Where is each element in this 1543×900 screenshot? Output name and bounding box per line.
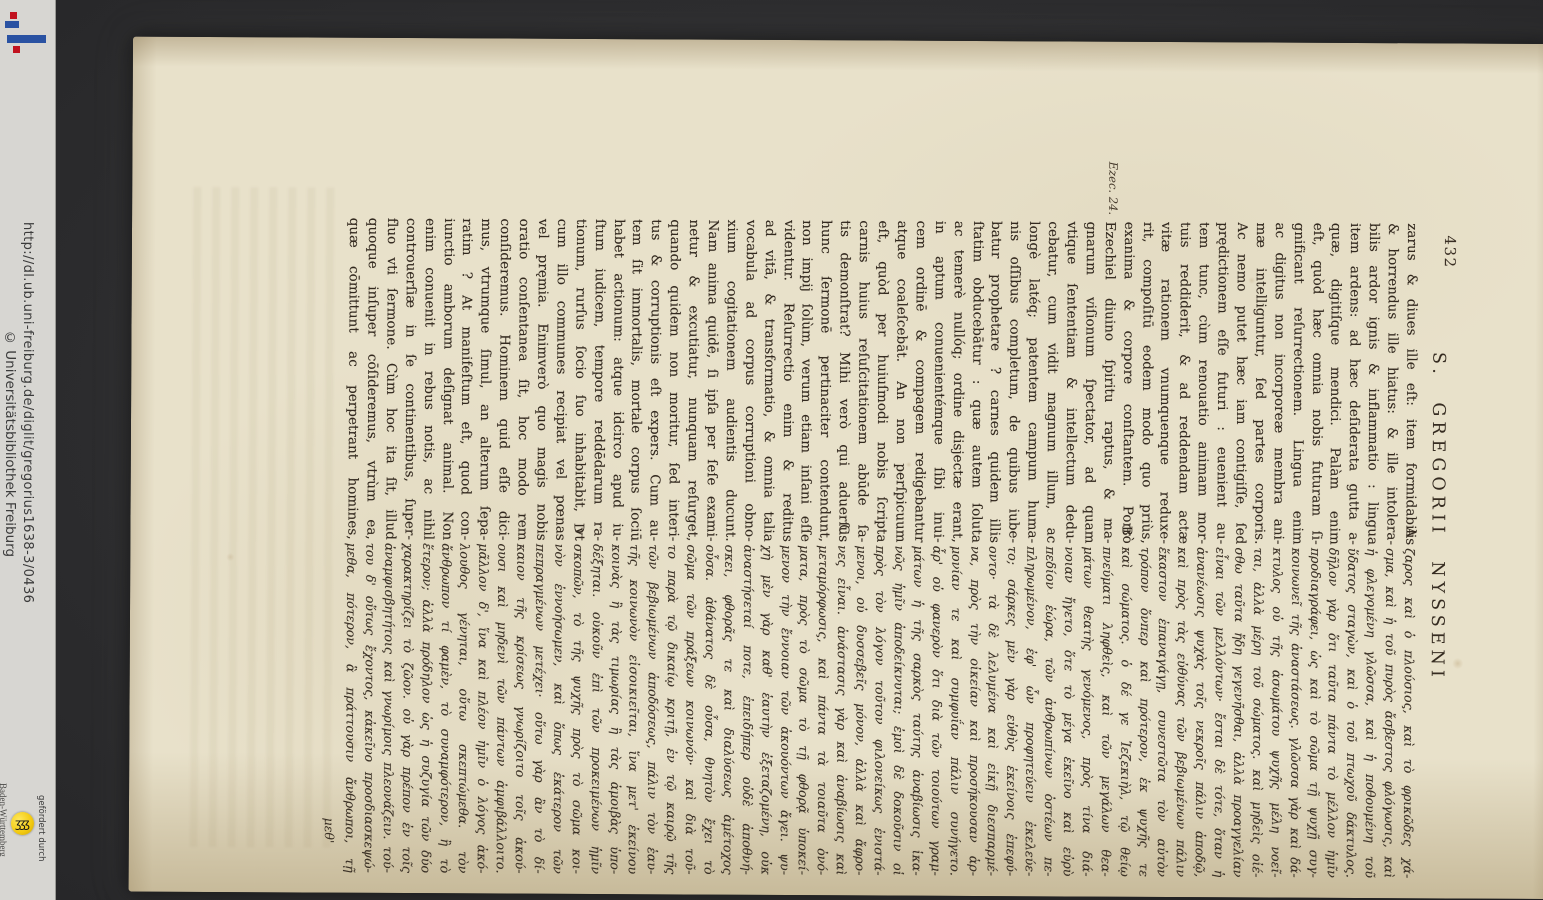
ink-show-through bbox=[181, 187, 334, 848]
greek-line-4: ὕδατος σταγὼν, καὶ ὁ τοῦ πτωχοῦ δάκτυλος… bbox=[1341, 548, 1362, 878]
latin-line-50: mus, vtrumque ſimul, an alterum ſepa- bbox=[474, 218, 495, 540]
latin-line-49: conſideremus. Hominem quid eſſe dici- bbox=[493, 218, 514, 540]
greek-line-22: το; σάρκες μὲν γὰρ εὐθὺς ἐκείνοις ἐπεφύ- bbox=[1001, 546, 1022, 876]
greek-line-26: ἆρ' οὐ φανερὸν ὅτι διὰ τῶν τοιούτων γραμ… bbox=[925, 546, 946, 876]
greek-line-36: ἀναστήσεταί ποτε, ἐπειδήπερ οὐδὲ ἀποθνή- bbox=[737, 545, 758, 875]
greek-line-45: σκοπῶν, τὸ τῆς ψυχῆς πρὸς τὸ σῶμα κοι- bbox=[567, 544, 588, 874]
latin-line-34: videntur. Reſurrectio enim & reditus bbox=[776, 220, 797, 542]
latin-line-8: ac digitus non incorporeæ membra ani- bbox=[1267, 223, 1288, 545]
section-letter-4: D bbox=[570, 523, 586, 534]
greek-line-49: ουσι καὶ μηδενὶ τῶν πάντων ἀμφιβάλλοιτο. bbox=[491, 543, 512, 873]
greek-line-18: μάτων θεατὴς γενόμενος, πρὸς τίνα διά- bbox=[1077, 547, 1098, 877]
latin-line-48: oratio conſentanea ſit, hoc modo rem bbox=[512, 219, 533, 541]
greek-line-53: ἕτερον; ἀλλὰ πρόδηλον ὡς ἡ συζυγία τῶν δ… bbox=[415, 543, 436, 873]
greek-line-16: καὶ σώματος. ὁ δέ γε Ἰεζεκιὴλ, τῷ θείῳ bbox=[1114, 547, 1135, 877]
latin-line-28: atque coaleſcebāt. An non perſpicuum bbox=[889, 221, 910, 543]
latin-line-4: item ardens: ad hæc deſiderata gutta a- bbox=[1343, 223, 1364, 545]
latin-line-17: Ezechiel diuino ſpiritu raptus, & ma- bbox=[1097, 222, 1118, 544]
latin-line-45: tionum, rurſus ſocio ſuo inhabitabit, vt bbox=[568, 219, 589, 541]
greek-line-21: πληρωμένον, ἐφ' ὧν προφητεύειν ἐκελεύε- bbox=[1020, 546, 1041, 876]
latin-line-27: cem ordinē & compagem redigebantur bbox=[908, 221, 929, 543]
greek-line-3: ἡ φλεγομένη γλῶσσα, καὶ ἡ ποθουμένη τοῦ bbox=[1360, 548, 1381, 878]
funding-label: gefördert durch bbox=[36, 795, 46, 861]
latin-line-22: nis oſſibus completum, de quibus iube- bbox=[1003, 221, 1024, 543]
latin-line-5: quæ, digitiſque mendici. Palàm enim bbox=[1324, 223, 1345, 545]
logo-blue-bar-long bbox=[7, 35, 46, 43]
source-url-text: http://dl.ub.uni-freiburg.de/diglit/greg… bbox=[20, 222, 35, 603]
greek-line-43: κοινὰς ἢ τὰς τιμωρίας ἢ τὰς ἀμοιβὰς ὑπο- bbox=[604, 544, 625, 874]
greek-line-48: καιον τῆς κρίσεως γνωρίζοιτο τοῖς ἀκού- bbox=[510, 544, 531, 874]
greek-line-57: μεθα, πότερον, ἃ πράττουσιν ἄνθρωποι, τῇ bbox=[340, 543, 361, 873]
latin-line-13: tuis reddiderit, & ad reddendam actæ bbox=[1173, 222, 1194, 544]
greek-line-30: μενοι, οὐ δυσσεβεῖς μόνον, ἀλλὰ καὶ ἄφρο… bbox=[850, 545, 871, 875]
latin-line-23: batur prophetare ? carnes quidem illis bbox=[984, 221, 1005, 543]
greek-line-20: πεδίον ἑώρα, τῶν ἀνθρωπίνων ὀστέων πε- bbox=[1039, 546, 1060, 876]
baden-wuerttemberg-badge: ʒʒʒ bbox=[11, 812, 34, 835]
greek-line-39: σῶμα τῶν πράξεων κοινωνόν· καὶ διὰ τοῦ- bbox=[680, 544, 701, 874]
latin-column: zarus & diues ille eſt: item formidabili… bbox=[342, 218, 1420, 546]
latin-line-42: tem ſit immortalis, mortale corpus ſociū bbox=[625, 219, 646, 541]
greek-line-24: να, πρὸς τὴν οἰκείαν καὶ προσήκουσαν ἁρ- bbox=[963, 546, 984, 876]
latin-line-14: vitæ rationem vnumquenque reduxe- bbox=[1154, 222, 1175, 544]
greek-line-51: λουθος γένηται, οὕτω σκεπτώμεθα. τὸν bbox=[453, 543, 474, 873]
page-fore-edge bbox=[129, 864, 1543, 899]
greek-line-50: μᾶλλον δ', ἵνα καὶ πλέον ἡμῖν ὁ λόγος ἀκ… bbox=[472, 543, 493, 873]
greek-line-40: το παρὰ τῷ δικαίῳ κριτῇ, ἐν τῷ καιρῷ τῆς bbox=[661, 544, 682, 874]
funding-region-label: Baden-Württemberg bbox=[0, 783, 8, 857]
greek-line-6: προδιαγράφει, ὡς καὶ τὸ σῶμα τῇ ψυχῇ συγ… bbox=[1303, 548, 1324, 878]
latin-line-7: gnificant reſurrectionem. Lingua enim bbox=[1286, 223, 1307, 545]
latin-line-54: controuerſiæ in ſe continentibus, ſuper- bbox=[398, 218, 419, 540]
greek-line-47: πεπραγμένων μετέχει· οὕτω γὰρ ἂν τὸ δί- bbox=[529, 544, 550, 874]
latin-line-56: quoque inſuper cōſideremus, vtrùm ea, bbox=[361, 218, 382, 540]
logo-red-square-bottom bbox=[13, 46, 20, 53]
margin-note-ezech: Ezec. 24. bbox=[1106, 162, 1120, 215]
latin-line-31: tis demonſtrat? Mihi verò qui aduerſus bbox=[833, 220, 854, 542]
latin-line-2: & horrendus ille hiatus: & ille intolera… bbox=[1381, 223, 1402, 545]
section-letter-3: C bbox=[835, 524, 851, 534]
latin-line-11: prędictionem eſſe futuri : euenient au- bbox=[1211, 222, 1232, 544]
greek-line-32: μεταμόρφωσις, καὶ πάντα τὰ τοιαῦτα ὀνό- bbox=[812, 545, 833, 875]
latin-line-19: vtique ſententiam & intellectum dedu- bbox=[1059, 221, 1080, 543]
greek-line-23: οντο· τὰ δὲ λελυμένα καὶ εἰκῇ διεσπαρμέ- bbox=[982, 546, 1003, 876]
latin-line-33: non impij ſolùm, verum etiam inſani eſſe bbox=[795, 220, 816, 542]
latin-line-20: cebatur, cum vidit magnum illum, ac bbox=[1041, 221, 1062, 543]
copyright-text: © Universitätsbibliothek Freiburg bbox=[2, 330, 18, 557]
latin-line-37: xium cogitationem audientis ducunt. bbox=[719, 220, 740, 542]
latin-line-9: mæ intelliguntur, ſed partes corporis. bbox=[1248, 222, 1269, 544]
latin-line-25: ac temerè nullóq; ordine disjectæ erant, bbox=[946, 221, 967, 543]
greek-line-37: σκει, φθορᾶς τε καὶ διαλύσεως ἀμέτοχος bbox=[718, 545, 739, 875]
latin-line-44: ſtum iudicem, tempore reddēdarum ra- bbox=[587, 219, 608, 541]
greek-line-42: τῆς κοινωνὸν εἰσοικιεῖται, ἵνα μετ' ἐκεί… bbox=[623, 544, 644, 874]
latin-line-35: ad vitā, & transformatio, & omnia talia bbox=[757, 220, 778, 542]
ub-freiburg-logo-icon bbox=[0, 0, 55, 60]
greek-line-52: ἄνθρωπον τί φαμὲν, τὸ συναμφότερον, ἢ τὸ bbox=[434, 543, 455, 873]
greek-line-1: ζαρος καὶ ὁ πλούσιος, καὶ τὸ φρικῶδες χά… bbox=[1398, 548, 1419, 878]
three-lions-icon: ʒʒʒ bbox=[15, 817, 30, 830]
greek-line-5: δῆλον γὰρ ὅτι ταῦτα πάντα τὸ μέλλον ἡμῖν bbox=[1322, 548, 1343, 878]
greek-line-9: ται, ἀλλὰ μέρη τοῦ σώματος. καὶ μηδεὶς ο… bbox=[1247, 547, 1268, 877]
latin-line-39: netur & excutiatur, nunquam reſurget, bbox=[682, 219, 703, 541]
greek-line-8: κτυλος οὐ τῆς ἀσωμάτου ψυχῆς μέλη νοεῖ- bbox=[1266, 548, 1287, 878]
greek-line-41: τῶν βεβιωμένων ἀποδόσεως, πάλιν τὸν ἑαυ- bbox=[642, 544, 663, 874]
latin-line-26: in aptum conuenientémque ſibi inui- bbox=[927, 221, 948, 543]
latin-line-32: hunc ſermonē pertinaciter contendunt, bbox=[814, 220, 835, 542]
latin-line-18: gnarum viſionum ſpectator, ad quam bbox=[1078, 222, 1099, 544]
latin-line-29: eſt, quòd per huiuſmodi nobis ſcripta bbox=[871, 220, 892, 542]
logo-blue-bar-short bbox=[5, 21, 19, 28]
greek-column: ζαρος καὶ ὁ πλούσιος, καὶ τὸ φρικῶδες χά… bbox=[340, 543, 1418, 879]
latin-line-30: carnis huius reſuſcitationem abūde ſa- bbox=[852, 220, 873, 542]
latin-line-51: ratim ? At manifeſtum eſt, quod con- bbox=[455, 218, 476, 540]
greek-line-29: πρὸς τὸν λόγον τοῦτον φιλονείκως ἐνιστά- bbox=[869, 545, 890, 875]
greek-line-35: χὴ μὲν γὰρ καθ' ἑαυτὴν ἐξεταζομένη, οὐκ bbox=[755, 545, 776, 875]
greek-line-34: μενον τὴν ἔννοιαν τῶν ἀκουόντων ἄγει. ψυ… bbox=[774, 545, 795, 875]
latin-line-12: tem tunc, cùm renouatio animam mor- bbox=[1192, 222, 1213, 544]
logo-red-square-top bbox=[10, 12, 17, 19]
latin-line-16: exanima & corpore conſtantem. Porrò bbox=[1116, 222, 1137, 544]
scan-stage: 432 S. GREGORII NYSSENI Ezec. 24. zarus … bbox=[55, 0, 1543, 900]
greek-line-11: εἶναι τῶν μελλόντων· ἔσται δὲ τότε, ὅταν… bbox=[1209, 547, 1230, 877]
greek-line-12: ἀνανέωσις ψυχὰς τοῖς νεκροῖς πάλιν ἀποδῷ… bbox=[1190, 547, 1211, 877]
greek-line-44: δέξηται. οὐκοῦν ἐπὶ τῶν προκειμένων ἡμῖν bbox=[585, 544, 606, 874]
greek-line-19: νοιαν ἤγετο, ὅτε τὸ μέγα ἐκεῖνο καὶ εὐρὺ bbox=[1058, 546, 1079, 876]
book-page-scan: 432 S. GREGORII NYSSENI Ezec. 24. zarus … bbox=[129, 37, 1543, 899]
latin-line-40: quando quidem non moritur, ſed interi- bbox=[663, 219, 684, 541]
greek-line-31: νες εἶναι. ἀνάστασις γὰρ καὶ ἀναβίωσις κ… bbox=[831, 545, 852, 875]
greek-line-55: ἀναμφισβητήτοις καὶ γνωρίμοις πλεονάζειν… bbox=[378, 543, 399, 873]
latin-line-52: iunctio amborum deſignat animal. Non bbox=[436, 218, 457, 540]
greek-line-13: καὶ πρὸς τὰς εὐθύνας τῶν βεβιωμένων πάλι… bbox=[1171, 547, 1192, 877]
latin-line-41: tus & corruptionis eſt expers. Cum au- bbox=[644, 219, 665, 541]
library-frame-sidebar: http://dl.ub.uni-freiburg.de/diglit/greg… bbox=[0, 0, 56, 900]
latin-line-6: eſt, quòd hæc omnia nobis futuram ſi- bbox=[1305, 223, 1326, 545]
section-letter-1: A bbox=[1402, 527, 1418, 537]
greek-line-17: πνεύματι ληφθεὶς, καὶ τῶν μεγάλων θεα- bbox=[1095, 547, 1116, 877]
greek-line-28: νῶς ἡμῖν ἀποδείκνυται; ἐμοὶ δὲ δοκοῦσιν … bbox=[888, 546, 909, 876]
latin-line-38: Nam anima quidē, ſi ipſa per ſeſe exami- bbox=[701, 220, 722, 542]
greek-line-56: του δ' οὕτως ἔχοντος, κἀκεῖνο προσδιασκε… bbox=[359, 543, 380, 873]
latin-line-24: ſtatim obducebātur : quæ autem ſoluta bbox=[965, 221, 986, 543]
latin-line-3: bilis ardor ignis & inflammatio : lingua bbox=[1362, 223, 1383, 545]
latin-line-43: habet actionum: atque idcirco apud iu- bbox=[606, 219, 627, 541]
greek-line-38: οὖσα. ἀθάνατος δὲ οὖσα, θνητὸν ἔχει τὸ bbox=[699, 545, 720, 875]
catchword: μεθ' bbox=[322, 818, 337, 844]
latin-line-57: quæ cōmittunt ac perpetrant homines, bbox=[342, 218, 363, 540]
latin-line-46: cum illo communes recipiat vel pœnas bbox=[549, 219, 570, 541]
greek-line-54: χαρακτηρίζει τὸ ζῶον. οὐ γὰρ πρέπον ἐν τ… bbox=[397, 543, 418, 873]
latin-line-15: rit, compoſitū eodem modo quo priùs, bbox=[1135, 222, 1156, 544]
greek-line-15: τρόπον ὅνπερ καὶ πρότερον, ἐκ ψυχῆς τε bbox=[1133, 547, 1154, 877]
greek-line-33: ματα, πρὸς τὸ σῶμα τὸ τῇ φθορᾷ ὑποκεί- bbox=[793, 545, 814, 875]
latin-line-21: longè latéq; patentem campum huma- bbox=[1022, 221, 1043, 543]
latin-line-10: Ac nemo putet hæc iam contigiſſe, ſed bbox=[1229, 222, 1250, 544]
running-head: S. GREGORII NYSSENI bbox=[1426, 43, 1450, 898]
latin-line-55: fluo vti ſermone. Cùm hoc ita ſit, illud bbox=[379, 218, 400, 540]
greek-line-27: μάτων ἡ τῆς σαρκὸς ταύτης ἀναβίωσις ἱκα- bbox=[907, 546, 928, 876]
greek-line-7: κοινωνεῖ τῆς ἀναστάσεως. γλῶσσα γὰρ καὶ … bbox=[1284, 548, 1305, 878]
greek-line-10: σθω ταῦτα ἤδη γεγενῆσθαι, ἀλλὰ προαγγελί… bbox=[1228, 547, 1249, 877]
latin-line-47: vel pręmia. Enimverò quo magis nobis bbox=[531, 219, 552, 541]
rotated-page-wrapper: 432 S. GREGORII NYSSENI Ezec. 24. zarus … bbox=[129, 37, 1543, 899]
greek-line-46: νὸν ἐννοήσωμεν, καὶ ὅπως ἑκάτερον τῶν bbox=[548, 544, 569, 874]
greek-line-2: σμα, καὶ ἡ τοῦ πυρὸς ἄσβεστος φλόγωσις, … bbox=[1379, 548, 1400, 878]
latin-line-1: zarus & diues ille eſt: item formidabili… bbox=[1399, 223, 1420, 545]
greek-line-25: μονίαν τε καὶ συμφυΐαν πάλιν συνήγετο. bbox=[944, 546, 965, 876]
latin-line-53: enim conuenit in rebus notis, ac nihil bbox=[417, 218, 438, 540]
section-letter-2: B bbox=[1118, 526, 1134, 536]
latin-line-36: vocabula ad corpus corruptioni obno- bbox=[738, 220, 759, 542]
greek-line-14: ἕκαστον ἐπαναγάγῃ, συνεστῶτα τὸν αὐτὸν bbox=[1152, 547, 1173, 877]
